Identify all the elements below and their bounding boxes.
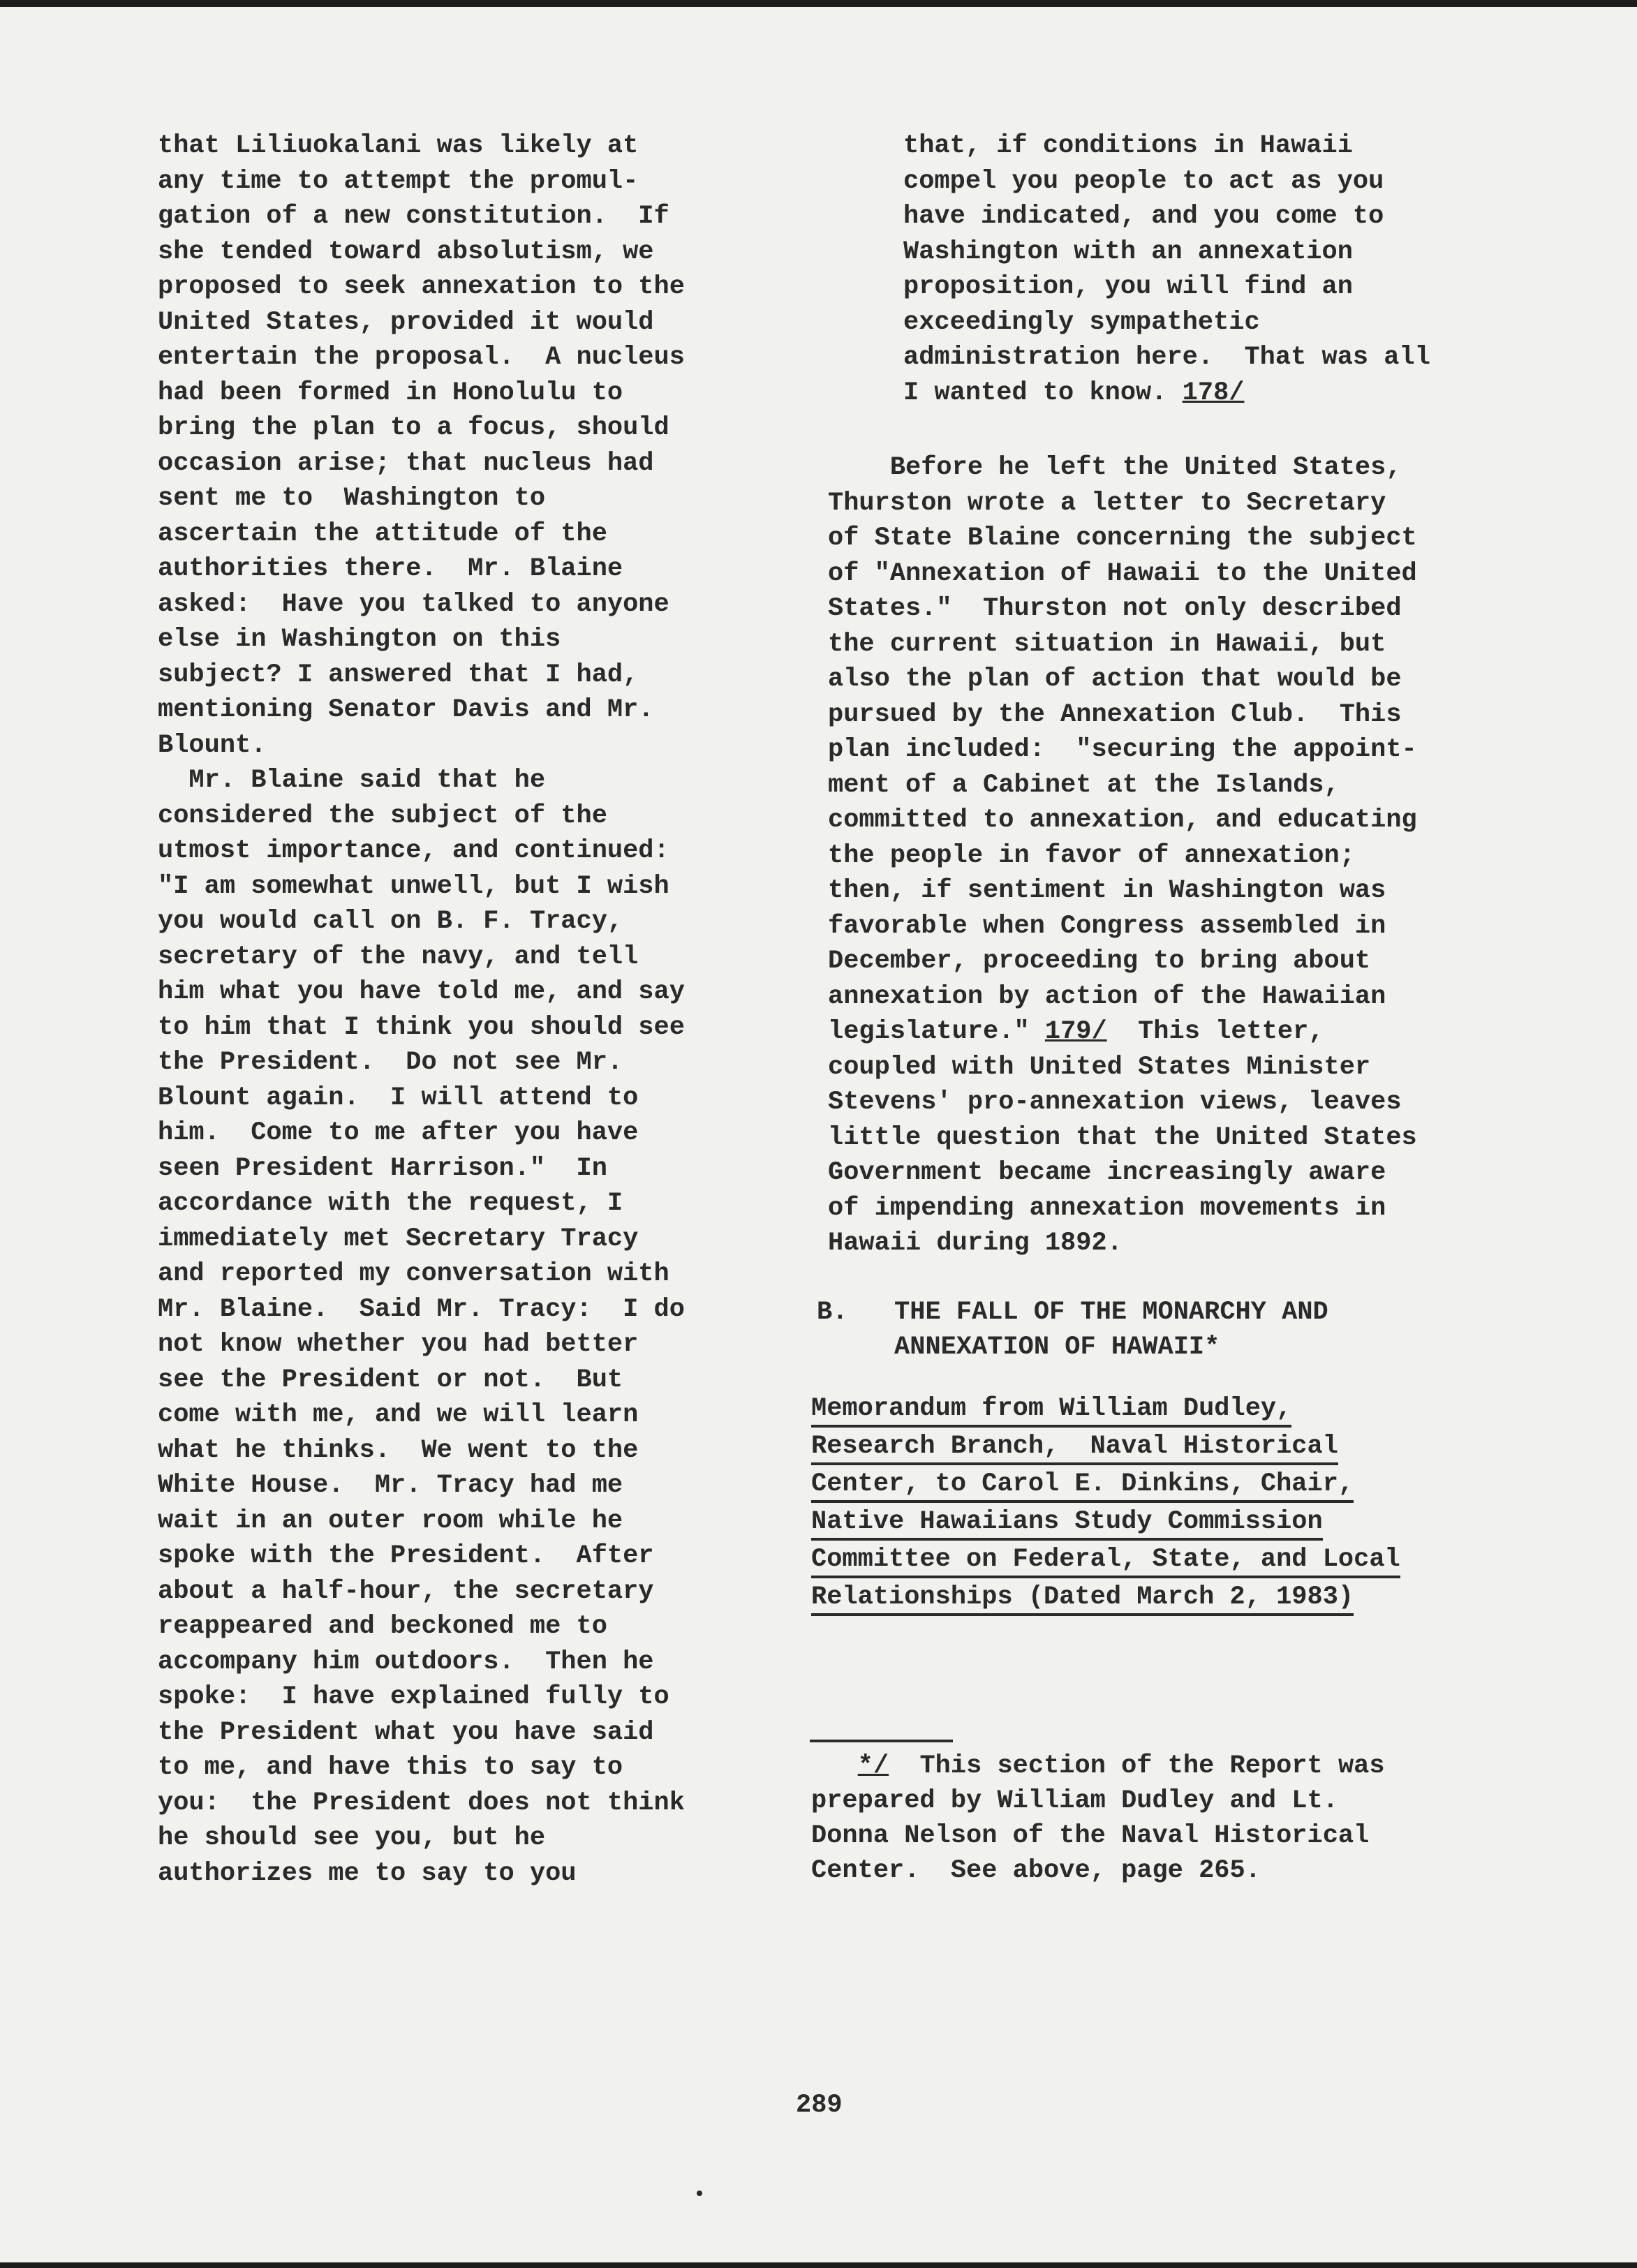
- text-line: reappeared and beckoned me to: [158, 1612, 607, 1641]
- text-line: then, if sentiment in Washington was: [828, 876, 1386, 905]
- page-number: 289: [796, 2091, 843, 2120]
- text-line: considered the subject of the: [158, 801, 607, 831]
- text-line: I wanted to know.: [903, 378, 1183, 408]
- text-line: compel you people to act as you: [903, 167, 1384, 196]
- text-line: spoke: I have explained fully to: [158, 1682, 669, 1712]
- footnote-line: Donna Nelson of the Naval Historical: [811, 1821, 1369, 1851]
- section-heading: B. THE FALL OF THE MONARCHY AND ANNEXATI…: [817, 1295, 1328, 1365]
- text-line: Washington with an annexation: [903, 237, 1353, 267]
- scan-top-edge: [0, 0, 1637, 7]
- text-line: December, proceeding to bring about: [828, 947, 1370, 976]
- text-line: pursued by the Annexation Club. This: [828, 700, 1402, 729]
- text-line: that, if conditions in Hawaii: [903, 131, 1353, 161]
- memorandum-title: Memorandum from William Dudley,Research …: [811, 1393, 1400, 1619]
- text-line: have indicated, and you come to: [903, 202, 1384, 231]
- text-line: Blount again. I will attend to: [158, 1083, 638, 1113]
- memo-line: Center, to Carol E. Dinkins, Chair,: [811, 1468, 1354, 1503]
- text-line: Hawaii during 1892.: [828, 1229, 1123, 1258]
- text-line: entertain the proposal. A nucleus: [158, 343, 685, 372]
- text-line: not know whether you had better: [158, 1330, 638, 1359]
- text-line: secretary of the navy, and tell: [158, 942, 638, 972]
- memo-line: Memorandum from William Dudley,: [811, 1393, 1291, 1428]
- text-line: immediately met Secretary Tracy: [158, 1224, 638, 1254]
- text-line: sent me to Washington to: [158, 484, 545, 513]
- text-line: spoke with the President. After: [158, 1541, 654, 1571]
- text-line: proposition, you will find an: [903, 272, 1353, 302]
- text-line: about a half-hour, the secretary: [158, 1577, 654, 1606]
- memo-line: Relationships (Dated March 2, 1983): [811, 1581, 1354, 1616]
- text-line: United States, provided it would: [158, 308, 654, 337]
- text-line: what he thinks. We went to the: [158, 1436, 638, 1465]
- text-line: mentioning Senator Davis and Mr.: [158, 695, 654, 725]
- text-line: accompany him outdoors. Then he: [158, 1647, 654, 1677]
- footnote-divider: [810, 1740, 953, 1742]
- heading-line: ANNEXATION OF HAWAII*: [894, 1333, 1220, 1362]
- quote-continuation: that, if conditions in Hawaii compel you…: [903, 128, 1430, 410]
- text-line: Mr. Blaine. Said Mr. Tracy: I do: [158, 1295, 685, 1324]
- text-line: annexation by action of the Hawaiian: [828, 982, 1386, 1011]
- text-line: ment of a Cabinet at the Islands,: [828, 771, 1340, 800]
- text-line: This letter,: [1107, 1017, 1324, 1046]
- text-line: authorizes me to say to you: [158, 1859, 577, 1888]
- scan-speck: [697, 2191, 702, 2196]
- text-line: legislature.": [828, 1017, 1045, 1046]
- text-line: any time to attempt the promul-: [158, 167, 638, 196]
- text-line: White House. Mr. Tracy had me: [158, 1471, 623, 1500]
- text-line: authorities there. Mr. Blaine: [158, 554, 623, 584]
- memo-line: Committee on Federal, State, and Local: [811, 1543, 1400, 1578]
- text-line: of "Annexation of Hawaii to the United: [828, 559, 1417, 588]
- text-line: proposed to seek annexation to the: [158, 272, 685, 302]
- text-line: Thurston wrote a letter to Secretary: [828, 489, 1386, 518]
- text-line: occasion arise; that nucleus had: [158, 449, 654, 478]
- text-line: see the President or not. But: [158, 1365, 623, 1395]
- text-line: you: the President does not think: [158, 1788, 685, 1818]
- text-line: "I am somewhat unwell, but I wish: [158, 872, 669, 901]
- text-line: little question that the United States: [828, 1123, 1417, 1152]
- text-line: of State Blaine concerning the subject: [828, 524, 1417, 553]
- memo-line: Native Hawaiians Study Commission: [811, 1506, 1323, 1541]
- text-line: Blount.: [158, 731, 266, 760]
- footnote: */ This section of the Report was prepar…: [811, 1749, 1385, 1888]
- text-line: Before he left the United States,: [828, 453, 1402, 482]
- footnote-line: This section of the Report was: [889, 1751, 1385, 1781]
- footnote-ref-178[interactable]: 178/: [1183, 378, 1245, 408]
- text-line: else in Washington on this: [158, 625, 561, 654]
- text-line: ascertain the attitude of the: [158, 519, 607, 549]
- text-line: subject? I answered that I had,: [158, 660, 638, 690]
- footnote-line: prepared by William Dudley and Lt.: [811, 1786, 1338, 1816]
- footnote-marker: */: [858, 1751, 889, 1781]
- text-line: asked: Have you talked to anyone: [158, 590, 669, 619]
- text-line: plan included: "securing the appoint-: [828, 735, 1417, 764]
- left-column: that Liliuokalani was likely at any time…: [158, 128, 685, 1891]
- text-line: you would call on B. F. Tracy,: [158, 907, 623, 936]
- text-line: bring the plan to a focus, should: [158, 413, 669, 443]
- text-line: wait in an outer room while he: [158, 1506, 623, 1536]
- text-line: coupled with United States Minister: [828, 1053, 1370, 1082]
- text-line: administration here. That was all: [903, 343, 1430, 372]
- text-line: Stevens' pro-annexation views, leaves: [828, 1088, 1402, 1117]
- text-line: favorable when Congress assembled in: [828, 912, 1386, 941]
- text-line: gation of a new constitution. If: [158, 202, 669, 231]
- text-line: he should see you, but he: [158, 1823, 545, 1853]
- text-line: States." Thurston not only described: [828, 594, 1402, 623]
- text-line: had been formed in Honolulu to: [158, 378, 623, 408]
- text-line: the President what you have said: [158, 1718, 654, 1747]
- text-line: the people in favor of annexation;: [828, 841, 1355, 870]
- text-line: accordance with the request, I: [158, 1189, 623, 1218]
- section-letter: B.: [817, 1298, 847, 1327]
- text-line: of impending annexation movements in: [828, 1194, 1386, 1223]
- text-line: she tended toward absolutism, we: [158, 237, 654, 267]
- text-line: him. Come to me after you have: [158, 1118, 638, 1148]
- text-line: the President. Do not see Mr.: [158, 1048, 623, 1077]
- text-line: committed to annexation, and educating: [828, 806, 1417, 835]
- text-line: seen President Harrison." In: [158, 1154, 607, 1183]
- memo-line: Research Branch, Naval Historical: [811, 1430, 1338, 1465]
- text-line: Mr. Blaine said that he: [158, 766, 545, 795]
- footnote-ref-179[interactable]: 179/: [1045, 1017, 1107, 1046]
- text-line: also the plan of action that would be: [828, 665, 1402, 694]
- thurston-paragraph: Before he left the United States, Thurst…: [828, 450, 1417, 1261]
- text-line: and reported my conversation with: [158, 1259, 669, 1289]
- text-line: that Liliuokalani was likely at: [158, 131, 638, 161]
- footnote-line: Center. See above, page 265.: [811, 1856, 1261, 1885]
- scan-bottom-edge: [0, 2262, 1637, 2268]
- text-line: exceedingly sympathetic: [903, 308, 1260, 337]
- text-line: to me, and have this to say to: [158, 1753, 623, 1782]
- heading-line: THE FALL OF THE MONARCHY AND: [894, 1298, 1328, 1327]
- text-line: to him that I think you should see: [158, 1013, 685, 1042]
- text-line: come with me, and we will learn: [158, 1400, 638, 1430]
- text-line: Government became increasingly aware: [828, 1158, 1386, 1187]
- text-line: him what you have told me, and say: [158, 977, 685, 1007]
- text-line: the current situation in Hawaii, but: [828, 630, 1386, 659]
- text-line: utmost importance, and continued:: [158, 836, 669, 866]
